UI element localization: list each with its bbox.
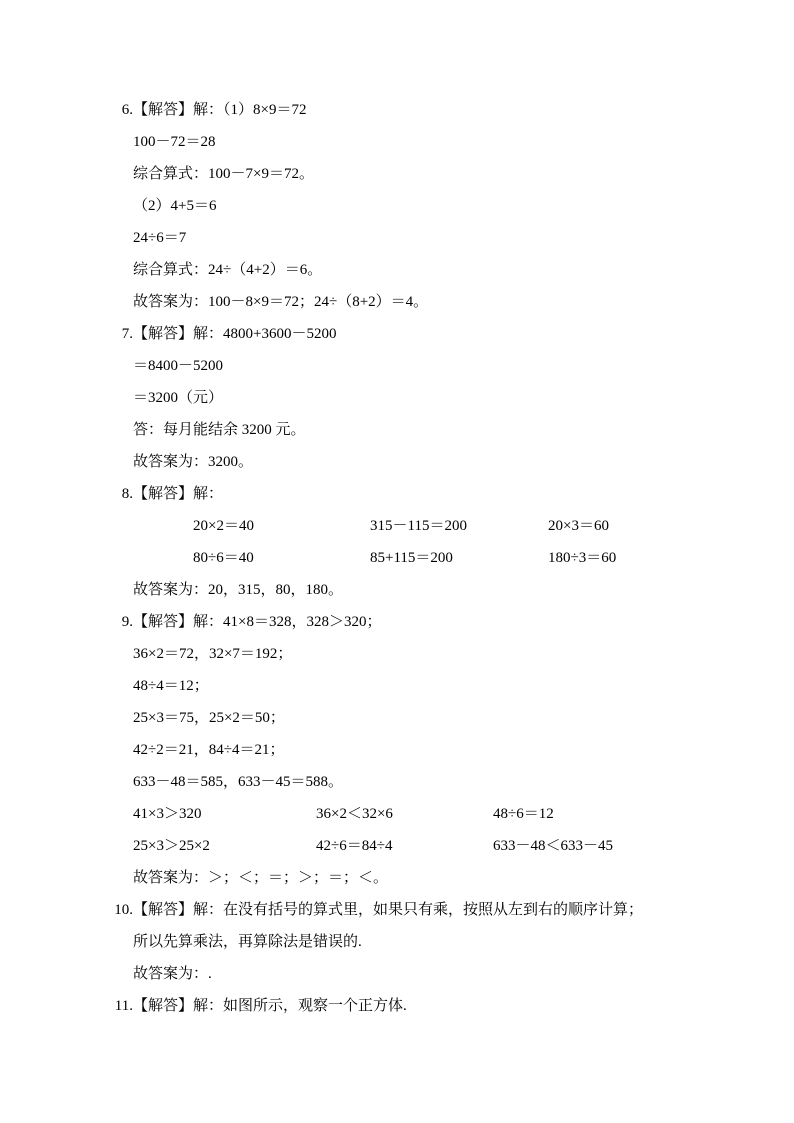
equation-cell: 80÷6＝40 <box>193 542 254 574</box>
doc-line: 故答案为：＞；＜；＝；＞；＝；＜。 <box>0 862 794 894</box>
item-first-line-text: 【解答】解：（1）8×9＝72 <box>133 94 306 126</box>
item-line-text: （2）4+5＝6 <box>133 190 216 222</box>
doc-line: 80÷6＝4085+115＝200180÷3＝60 <box>0 542 794 574</box>
item-number: 9. <box>96 606 133 638</box>
item-line-text: 故答案为：20，315，80，180。 <box>133 574 343 606</box>
equation-cell: 85+115＝200 <box>370 542 453 574</box>
item-line-text: 答：每月能结余 3200 元。 <box>133 414 306 446</box>
item-number: 10. <box>96 894 133 926</box>
document-body: 6.【解答】解：（1）8×9＝72100－72＝28综合算式：100－7×9＝7… <box>0 94 794 1022</box>
equation-cell: 20×3＝60 <box>548 510 609 542</box>
item-line-text: 所以先算乘法，再算除法是错误的. <box>133 926 362 958</box>
item-number: 8. <box>96 478 133 510</box>
item-number: 6. <box>96 94 133 126</box>
document-page: 6.【解答】解：（1）8×9＝72100－72＝28综合算式：100－7×9＝7… <box>0 0 794 1123</box>
item-line-text: 故答案为：100－8×9＝72；24÷（8+2）＝4。 <box>133 286 428 318</box>
item-line-text: 综合算式：100－7×9＝72。 <box>133 158 314 190</box>
equation-cell: 42÷6＝84÷4 <box>316 830 392 862</box>
doc-line: 25×3＝75，25×2＝50； <box>0 702 794 734</box>
doc-line: 综合算式：24÷（4+2）＝6。 <box>0 254 794 286</box>
doc-line: 24÷6＝7 <box>0 222 794 254</box>
item-first-line-text: 【解答】解： <box>133 478 223 510</box>
item-line-text: 故答案为：＞；＜；＝；＞；＝；＜。 <box>133 862 388 894</box>
doc-line: 7.【解答】解：4800+3600－5200 <box>0 318 794 350</box>
item-line-text: 48÷4＝12； <box>133 670 209 702</box>
doc-line: 8.【解答】解： <box>0 478 794 510</box>
doc-line: 36×2＝72，32×7＝192； <box>0 638 794 670</box>
item-line-text: 633－48＝585，633－45＝588。 <box>133 766 343 798</box>
doc-line: 故答案为：20，315，80，180。 <box>0 574 794 606</box>
doc-line: 10.【解答】解：在没有括号的算式里，如果只有乘，按照从左到右的顺序计算； <box>0 894 794 926</box>
doc-line: 41×3＞32036×2＜32×648÷6＝12 <box>0 798 794 830</box>
equation-cell: 36×2＜32×6 <box>316 798 393 830</box>
doc-line: 故答案为：. <box>0 958 794 990</box>
item-line-text: 综合算式：24÷（4+2）＝6。 <box>133 254 322 286</box>
doc-line: 633－48＝585，633－45＝588。 <box>0 766 794 798</box>
doc-line: 故答案为：3200。 <box>0 446 794 478</box>
item-line-text: 100－72＝28 <box>133 126 216 158</box>
item-line-text: 36×2＝72，32×7＝192； <box>133 638 292 670</box>
doc-line: 48÷4＝12； <box>0 670 794 702</box>
doc-line: （2）4+5＝6 <box>0 190 794 222</box>
item-number: 7. <box>96 318 133 350</box>
item-first-line-text: 【解答】解：4800+3600－5200 <box>133 318 336 350</box>
doc-line: 6.【解答】解：（1）8×9＝72 <box>0 94 794 126</box>
item-first-line-text: 【解答】解：如图所示，观察一个正方体. <box>133 990 407 1022</box>
doc-line: 42÷2＝21，84÷4＝21； <box>0 734 794 766</box>
item-first-line-text: 【解答】解：41×8＝328，328＞320； <box>133 606 381 638</box>
equation-cell: 633－48＜633－45 <box>493 830 613 862</box>
item-number: 11. <box>96 990 133 1022</box>
equation-cell: 41×3＞320 <box>133 798 201 830</box>
equation-cell: 25×3＞25×2 <box>133 830 210 862</box>
doc-line: 9.【解答】解：41×8＝328，328＞320； <box>0 606 794 638</box>
equation-cell: 20×2＝40 <box>193 510 254 542</box>
doc-line: ＝8400－5200 <box>0 350 794 382</box>
equation-cell: 180÷3＝60 <box>548 542 616 574</box>
doc-line: ＝3200（元） <box>0 382 794 414</box>
doc-line: 25×3＞25×242÷6＝84÷4633－48＜633－45 <box>0 830 794 862</box>
equation-cell: 315－115＝200 <box>370 510 467 542</box>
doc-line: 100－72＝28 <box>0 126 794 158</box>
item-line-text: 25×3＝75，25×2＝50； <box>133 702 285 734</box>
item-first-line-text: 【解答】解：在没有括号的算式里，如果只有乘，按照从左到右的顺序计算； <box>133 894 643 926</box>
doc-line: 所以先算乘法，再算除法是错误的. <box>0 926 794 958</box>
doc-line: 答：每月能结余 3200 元。 <box>0 414 794 446</box>
doc-line: 故答案为：100－8×9＝72；24÷（8+2）＝4。 <box>0 286 794 318</box>
doc-line: 综合算式：100－7×9＝72。 <box>0 158 794 190</box>
item-line-text: 42÷2＝21，84÷4＝21； <box>133 734 284 766</box>
doc-line: 20×2＝40315－115＝20020×3＝60 <box>0 510 794 542</box>
equation-cell: 48÷6＝12 <box>493 798 554 830</box>
item-line-text: 24÷6＝7 <box>133 222 186 254</box>
doc-line: 11.【解答】解：如图所示，观察一个正方体. <box>0 990 794 1022</box>
item-line-text: ＝3200（元） <box>133 382 223 414</box>
item-line-text: 故答案为：3200。 <box>133 446 253 478</box>
item-line-text: 故答案为：. <box>133 958 212 990</box>
item-line-text: ＝8400－5200 <box>133 350 223 382</box>
